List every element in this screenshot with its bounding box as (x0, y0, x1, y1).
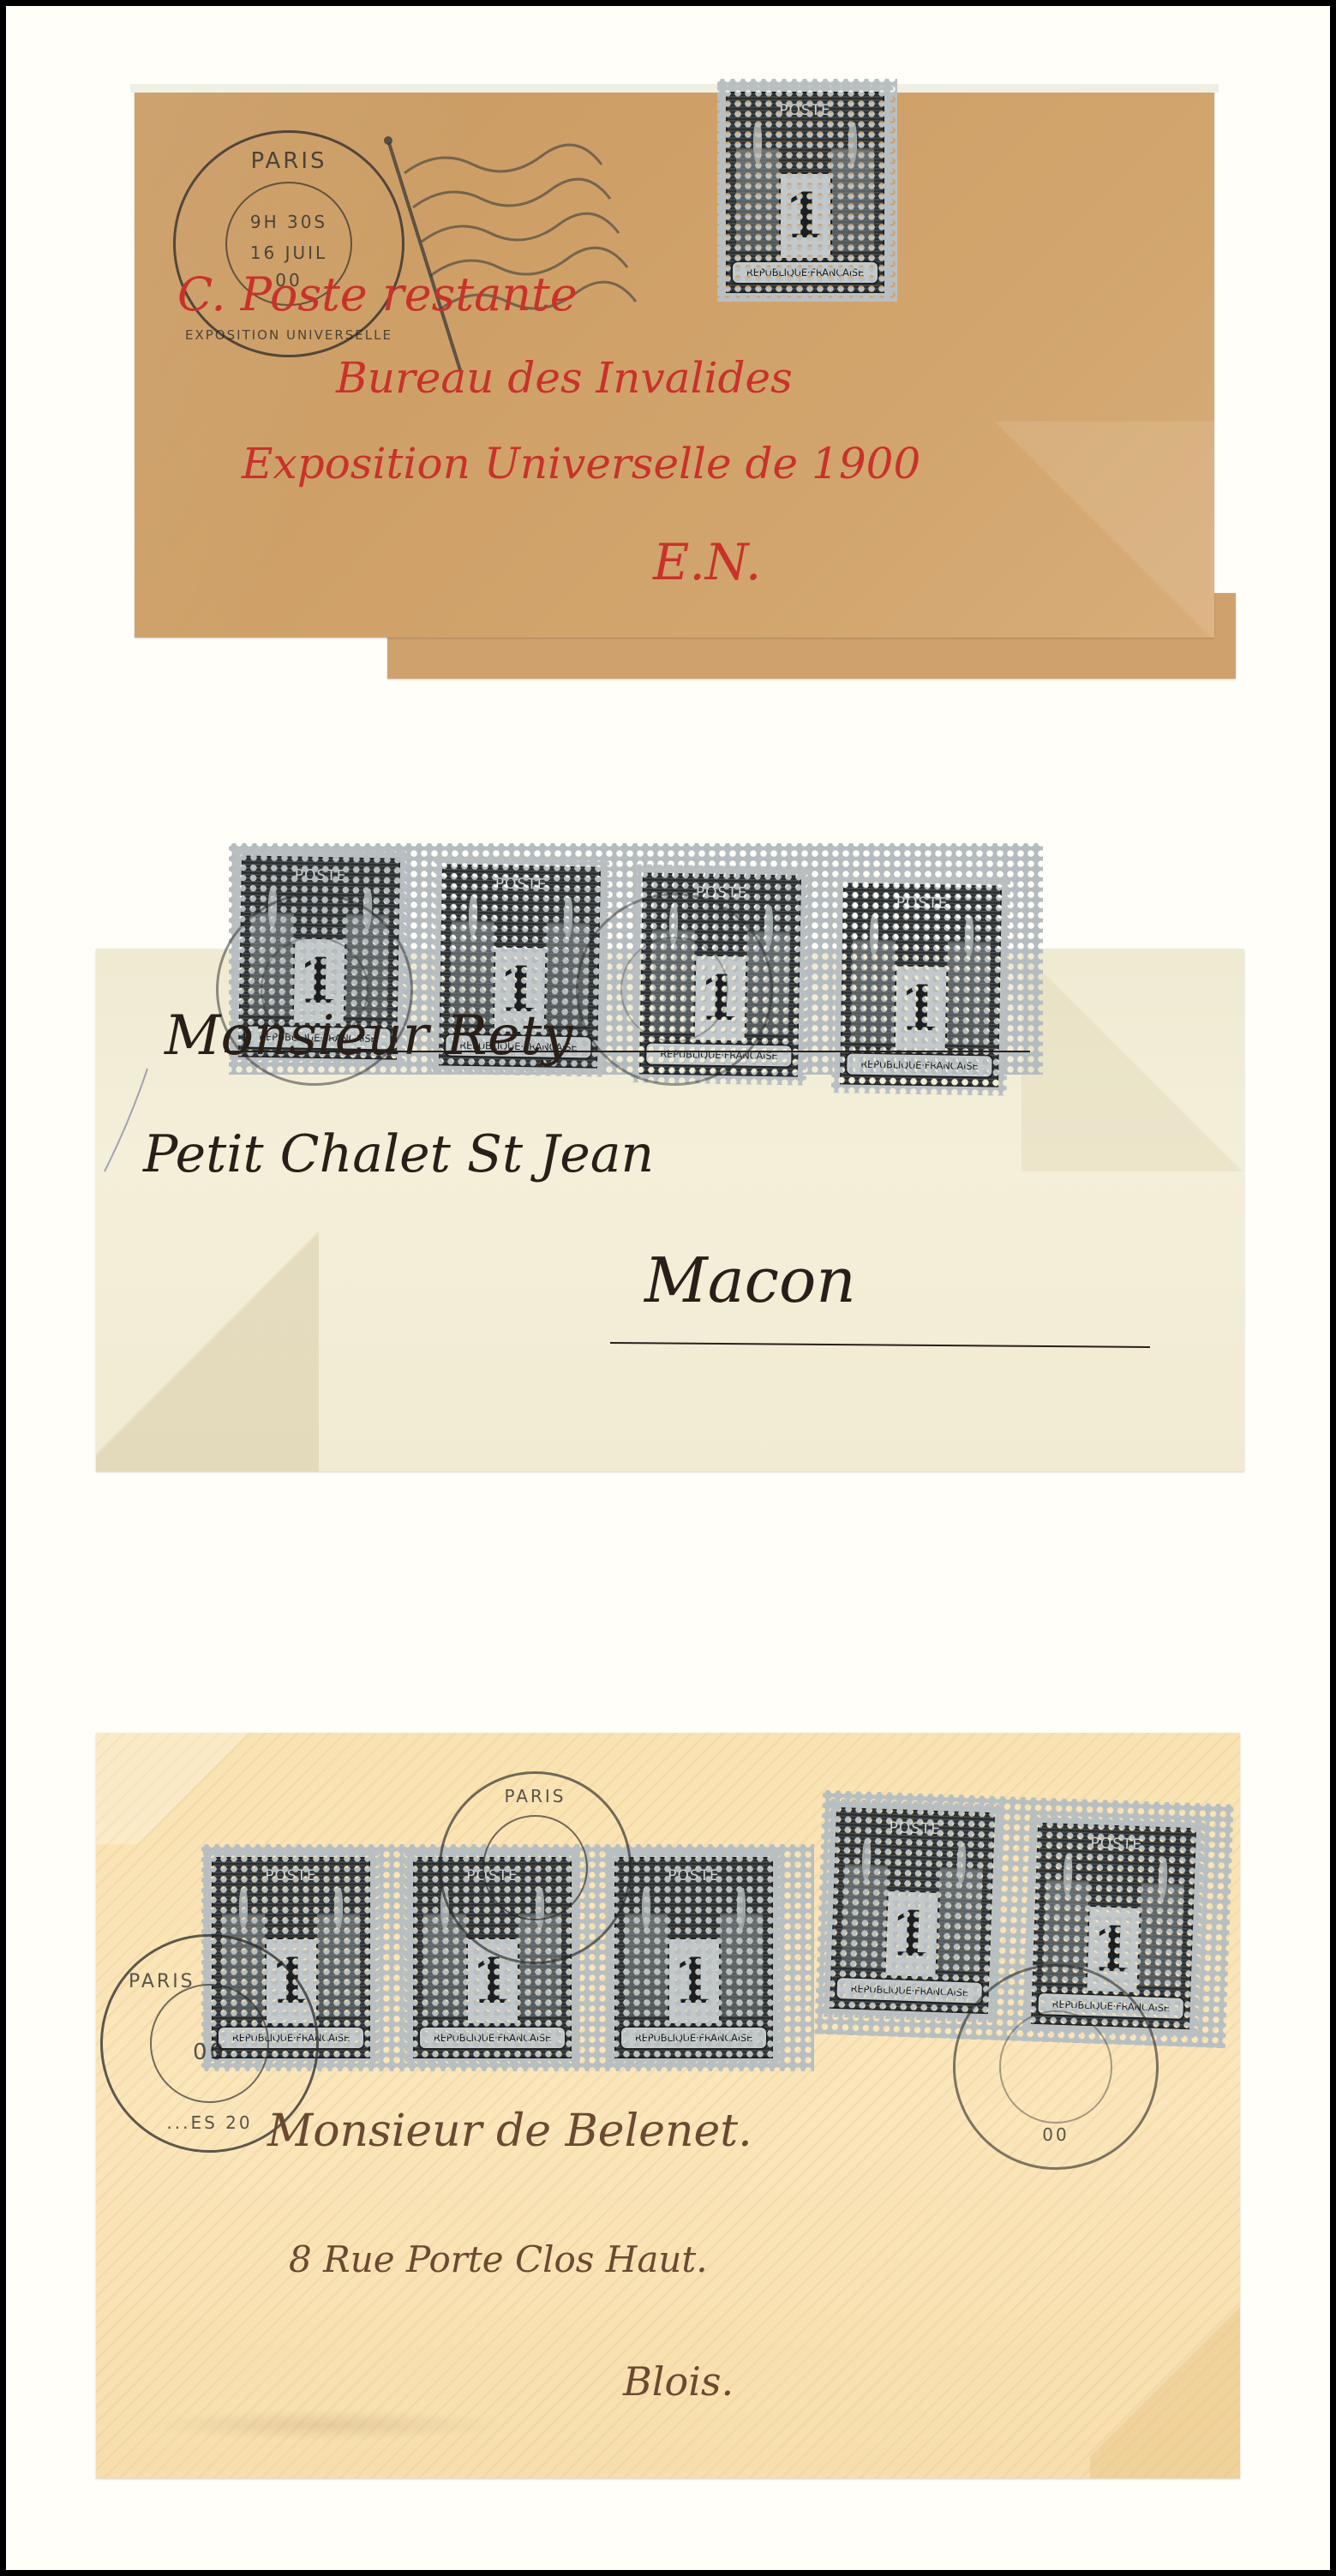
address-line: E.N. (653, 533, 761, 591)
cover-2[interactable]: POSTE1REPUBLIQUE·FRANÇAISE POSTE1REPUBLI… (96, 842, 1253, 1480)
postmark-right: 00 (953, 1964, 1159, 2170)
address-line: Bureau des Invalides (336, 353, 793, 403)
address-line: C. Poste restante (177, 267, 578, 321)
postmark-cds (576, 893, 773, 1086)
offset-ink-smudge (147, 2410, 507, 2441)
postmark-paris-center: PARIS (439, 1771, 632, 1964)
address-line: 8 Rue Porte Clos Haut. (289, 2238, 708, 2280)
stamp-1c-sage[interactable]: POSTE1REPUBLIQUE·FRANÇAISE (821, 1799, 1004, 2023)
address-line: Blois. (623, 2358, 734, 2405)
stamp-1c-sage[interactable]: POSTE1REPUBLIQUE·FRANÇAISE (606, 1848, 782, 2067)
address-line: Exposition Universelle de 1900 (242, 439, 920, 488)
album-page: PARIS 9H 30S 16 JUIL 00 EXPOSITION UNIVE… (6, 6, 1330, 2570)
address-line: Macon (644, 1244, 856, 1316)
postmark-exposition: PARIS 9H 30S 16 JUIL 00 EXPOSITION UNIVE… (173, 130, 404, 357)
address-line: Monsieur Rety (165, 1004, 573, 1068)
address-line: Petit Chalet St Jean (143, 1124, 654, 1184)
cover-3[interactable]: POSTE1REPUBLIQUE·FRANÇAISE POSTE1REPUBLI… (96, 1724, 1249, 2487)
stamp-1c-sage[interactable]: POSTE 1 REPUBLIQUE·FRANÇAISE (717, 83, 893, 302)
stamp-1c-sage[interactable]: POSTE1REPUBLIQUE·FRANÇAISE (831, 874, 1010, 1096)
address-line: Monsieur de Belenet. (267, 2106, 752, 2157)
cover-1[interactable]: PARIS 9H 30S 16 JUIL 00 EXPOSITION UNIVE… (130, 79, 1236, 679)
cover-1-edge (130, 84, 1219, 93)
